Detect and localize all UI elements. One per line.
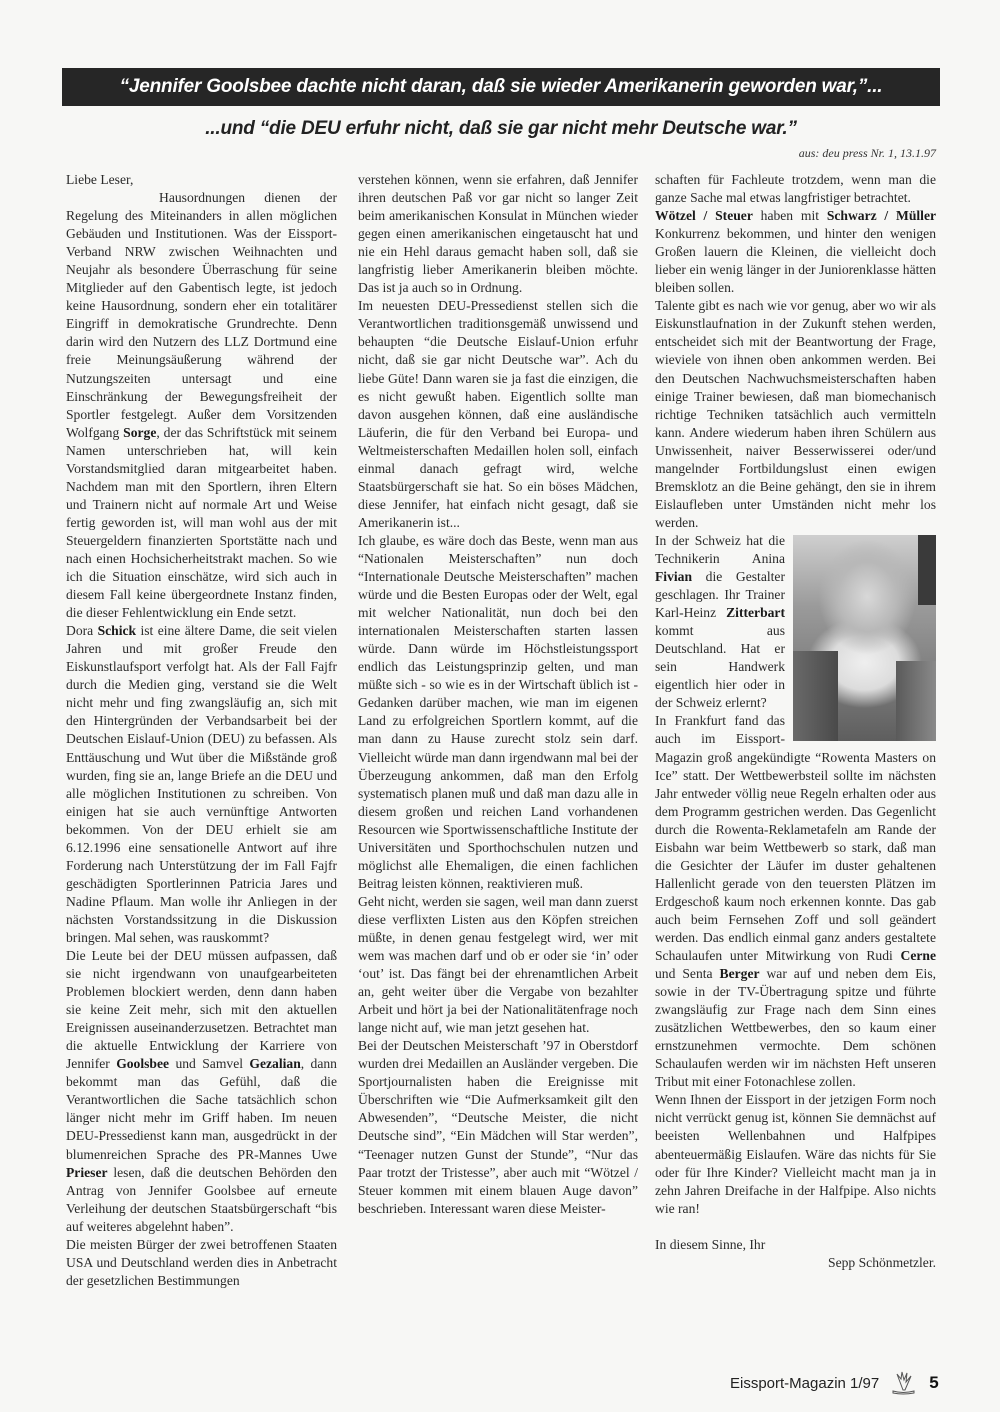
paragraph: Die meisten Bürger der zwei betroffenen … xyxy=(66,1236,337,1290)
article-column-1: Liebe Leser, Hausordnungen dienen der Re… xyxy=(66,171,337,1290)
paragraph: In Frankfurt fand das auch im Eissport-M… xyxy=(655,712,936,1091)
sub-quote: ...und “die DEU erfuhr nicht, daß sie ga… xyxy=(62,118,940,140)
name-bold: Sorge xyxy=(123,425,156,440)
name-bold: Wötzel / Steuer xyxy=(655,208,753,223)
page-number: 5 xyxy=(929,1373,938,1393)
paragraph: Ich glaube, es wäre doch das Beste, wenn… xyxy=(358,532,638,893)
paragraph: Wenn Ihnen der Eissport in der jetzigen … xyxy=(655,1091,936,1217)
quote-source: aus: deu press Nr. 1, 13.1.97 xyxy=(799,146,936,161)
signoff: In diesem Sinne, Ihr xyxy=(655,1236,936,1254)
article-column-2: verstehen können, wenn sie erfahren, daß… xyxy=(358,171,638,1218)
paragraph: Bei der Deutschen Meisterschaft ’97 in O… xyxy=(358,1037,638,1217)
headline-banner: “Jennifer Goolsbee dachte nicht daran, d… xyxy=(62,68,940,106)
paragraph: verstehen können, wenn sie erfahren, daß… xyxy=(358,171,638,297)
paragraph: Hausordnungen dienen der Regelung des Mi… xyxy=(66,189,337,622)
paragraph: Talente gibt es nach wie vor genug, aber… xyxy=(655,297,936,532)
magazine-issue: Eissport-Magazin 1/97 xyxy=(730,1375,879,1392)
name-bold: Prieser xyxy=(66,1165,108,1180)
name-bold: Gezalian xyxy=(249,1056,300,1071)
name-bold: Cerne xyxy=(901,948,936,963)
name-bold: Zitterbart xyxy=(726,605,785,620)
portrait-photo xyxy=(793,535,936,741)
paragraph: Wötzel / Steuer haben mit Schwarz / Müll… xyxy=(655,207,936,297)
paragraph: schaften für Fachleute trotzdem, wenn ma… xyxy=(655,171,936,207)
paragraph: Die Leute bei der DEU müssen aufpassen, … xyxy=(66,947,337,1236)
page-footer: Eissport-Magazin 1/97 5 xyxy=(730,1368,939,1398)
salutation: Liebe Leser, xyxy=(66,171,337,189)
name-bold: Berger xyxy=(720,966,760,981)
paragraph: Geht nicht, werden sie sagen, weil man d… xyxy=(358,893,638,1037)
banner-quote: “Jennifer Goolsbee dachte nicht daran, d… xyxy=(120,76,883,98)
name-bold: Fivian xyxy=(655,569,692,584)
name-bold: Schick xyxy=(98,623,137,638)
name-bold: Goolsbee xyxy=(116,1056,169,1071)
article-column-3: schaften für Fachleute trotzdem, wenn ma… xyxy=(655,171,936,1272)
signature: Sepp Schönmetzler. xyxy=(655,1254,936,1272)
paragraph: Im neuesten DEU-Pressedienst stellen sic… xyxy=(358,297,638,532)
paragraph: Dora Schick ist eine ältere Dame, die se… xyxy=(66,622,337,947)
ice-skate-wing-logo-icon xyxy=(889,1370,917,1396)
name-bold: Schwarz / Müller xyxy=(827,208,936,223)
